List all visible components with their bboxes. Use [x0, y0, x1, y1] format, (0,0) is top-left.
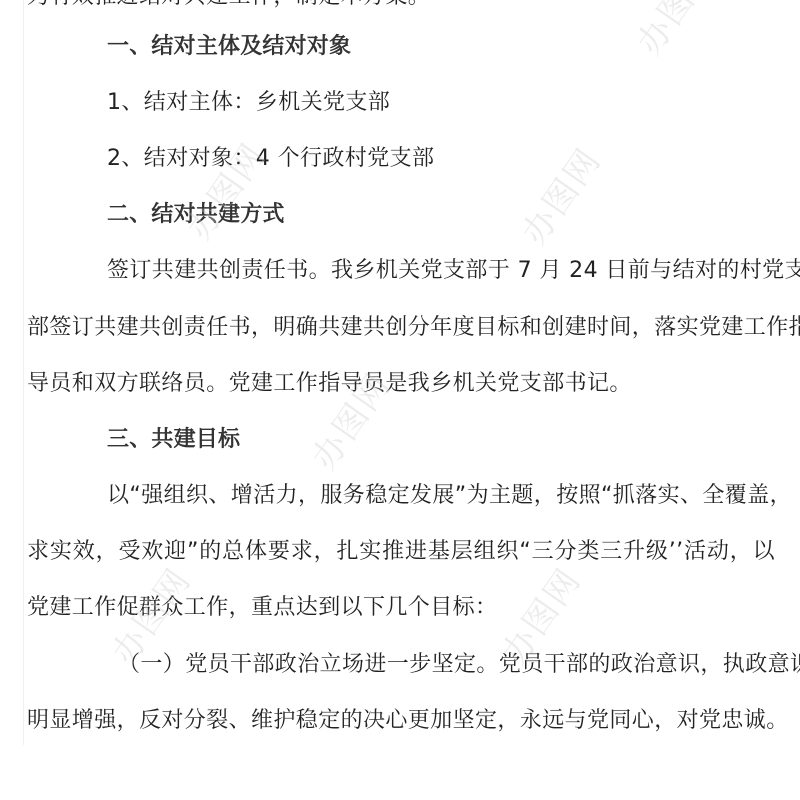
paragraph-line: 党建工作促群众工作，重点达到以下几个目标：: [27, 593, 775, 623]
paragraph-line: 明显增强，反对分裂、维护稳定的决心更加坚定，永远与党同心，对党忠诚。: [27, 706, 749, 736]
partial-top-line: 为有效推进结对共建工作，制定本方案。: [27, 0, 775, 12]
paragraph-line: 签订共建共创责任书。我乡机关党支部于 7 月 24 日前与结对的村党支: [107, 256, 775, 286]
list-item-pairing-object: 2、结对对象：4 个行政村党支部: [107, 144, 775, 174]
section-heading-2: 二、结对共建方式: [107, 200, 775, 230]
section-heading-1: 一、结对主体及结对对象: [107, 32, 775, 62]
section-heading-3: 三、共建目标: [107, 425, 775, 455]
paragraph-line: （一）党员干部政治立场进一步坚定。党员干部的政治意识，执政意识: [118, 650, 775, 680]
paragraph-line: 导员和双方联络员。党建工作指导员是我乡机关党支部书记。: [27, 369, 775, 399]
paragraph-line: 以“强组织、增活力，服务稳定发展”为主题，按照“抓落实、全覆盖，: [107, 481, 775, 511]
list-item-pairing-subject: 1、结对主体：乡机关党支部: [107, 88, 775, 118]
page-edge-divider: [23, 0, 24, 745]
document-page: 为有效推进结对共建工作，制定本方案。 一、结对主体及结对对象 1、结对主体：乡机…: [0, 0, 800, 800]
paragraph-line: 求实效，受欢迎”的总体要求，扎实推进基层组织“三分类三升级’’活动，以: [27, 537, 775, 567]
paragraph-line: 部签订共建共创责任书，明确共建共创分年度目标和创建时间，落实党建工作指: [27, 313, 775, 343]
